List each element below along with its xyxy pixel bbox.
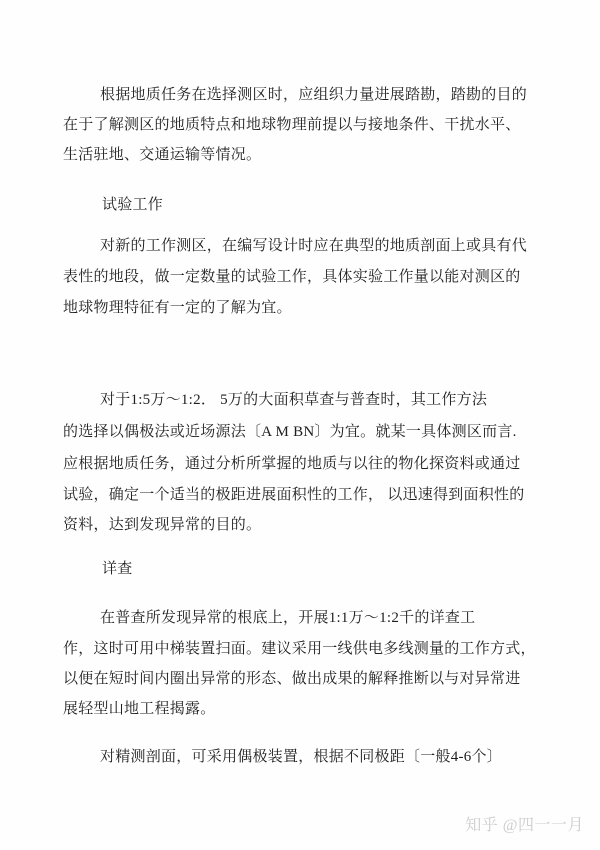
section-heading: 详查 bbox=[102, 560, 133, 579]
paragraph-line: 对于1:5万～1:2． 5万的大面积草查与普查时，其工作方法 bbox=[100, 391, 487, 410]
paragraph-line: 以便在短时间内圈出异常的形态、做出成果的解释推断以与对异常进 bbox=[63, 670, 521, 689]
paragraph-line: 在于了解测区的地质特点和地球物理前提以与接地条件、干扰水平、 bbox=[63, 116, 521, 135]
paragraph-line: 的选择以偶极法或近场源法〔A M BN〕为宜。就某一具体测区而言. bbox=[63, 423, 517, 442]
paragraph-line: 资料，达到发现异常的目的。 bbox=[63, 516, 261, 535]
paragraph-line: 在普查所发现异常的根底上，开展1:1万～1:2千的详查工 bbox=[100, 609, 475, 628]
paragraph-line: 作，这时可用中梯装置扫面。建议采用一线供电多线测量的工作方式， bbox=[63, 640, 536, 659]
paragraph-line: 试验，确定一个适当的极距进展面积性的工作， 以迅速得到面积性的 bbox=[63, 486, 525, 505]
paragraph-line: 应根据地质任务，通过分析所掌握的地质与以往的物化探资料或通过 bbox=[63, 455, 521, 474]
paragraph-line: 地球物理特征有一定的了解为宜。 bbox=[63, 299, 292, 318]
zhihu-watermark: 知乎 @四一一月 bbox=[465, 812, 584, 835]
paragraph-line: 对新的工作测区，在编写设计时应在典型的地质剖面上或具有代 bbox=[100, 237, 527, 256]
paragraph-line: 对精测剖面，可采用偶极装置，根据不同极距〔一般4-6个〕 bbox=[100, 748, 502, 767]
paragraph-line: 生活驻地、交通运输等情况。 bbox=[63, 146, 261, 165]
document-page: 根据地质任务在选择测区时，应组织力量进展踏勘，踏勘的目的 在于了解测区的地质特点… bbox=[0, 0, 600, 850]
paragraph-line: 展轻型山地工程揭露。 bbox=[63, 700, 216, 719]
section-heading: 试验工作 bbox=[102, 196, 163, 215]
paragraph-line: 根据地质任务在选择测区时，应组织力量进展踏勘，踏勘的目的 bbox=[100, 86, 527, 105]
paragraph-line: 表性的地段，做一定数量的试验工作，具体实验工作量以能对测区的 bbox=[63, 268, 521, 287]
